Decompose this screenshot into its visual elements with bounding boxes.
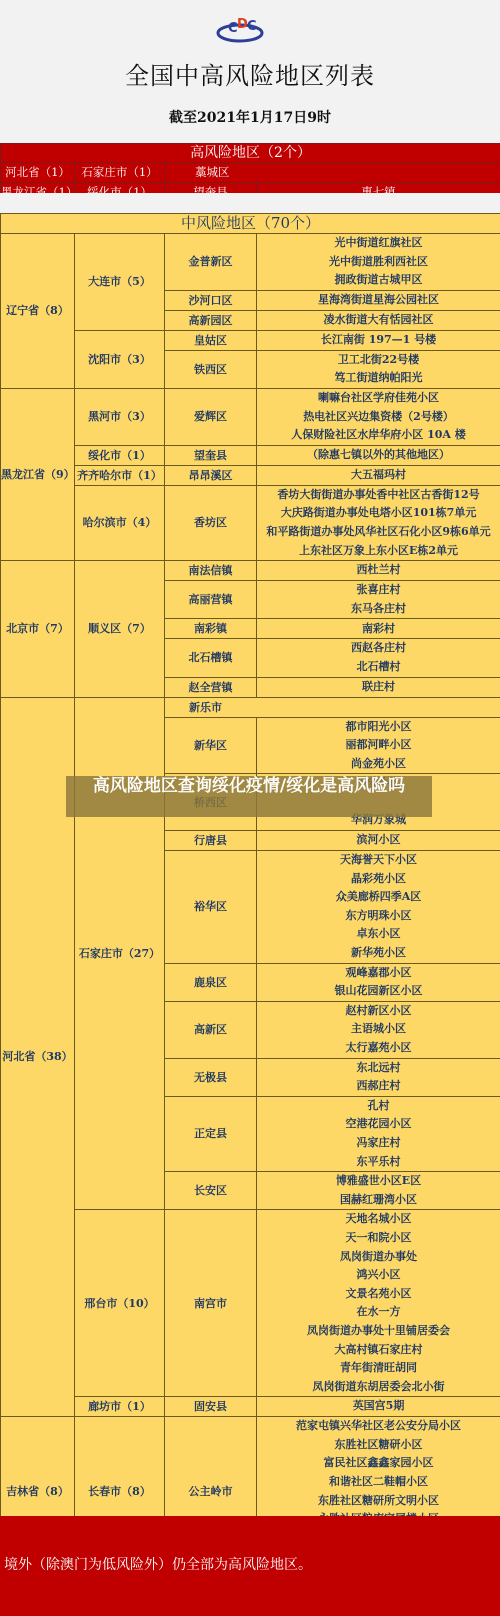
detail-item: 南彩村 [257, 620, 500, 639]
detail-item: 西赵各庄村 [257, 639, 500, 658]
detail-item: 联庄村 [257, 678, 500, 697]
detail-cell: 滨河小区 [257, 831, 500, 851]
city-cell: 石家庄市（27） [75, 697, 165, 1210]
page-title: 全国中高风险地区列表 [0, 56, 500, 91]
detail-item: 长江南街 197—1 号楼 [257, 331, 500, 350]
detail-item: 光中街道红旗社区 [257, 234, 500, 253]
mid-risk-row: 沈阳市（3）皇姑区长江南街 197—1 号楼 [1, 330, 500, 350]
detail-item: 香坊大街街道办事处香中社区古香街12号 [257, 486, 500, 505]
detail-cell: 卫工北街22号楼笃工街道纳帕阳光 [257, 350, 500, 388]
detail-item: 张喜庄村 [257, 581, 500, 600]
district-cell: 长安区 [165, 1172, 257, 1210]
detail-item: 都市阳光小区 [257, 718, 500, 737]
detail-item: 众美廊桥四季A区 [257, 888, 500, 907]
district-cell: 高新区 [165, 1001, 257, 1058]
city-cell: 大连市（5） [75, 234, 165, 331]
detail-item: 国赫红珊湾小区 [257, 1191, 500, 1210]
district-cell: 皇姑区 [165, 330, 257, 350]
city-cell: 齐齐哈尔市（1） [75, 465, 165, 485]
district-cell: 南彩镇 [165, 619, 257, 639]
detail-item: 滨河小区 [257, 831, 500, 850]
detail-item: 卓东小区 [257, 925, 500, 944]
district-cell: 香坊区 [165, 485, 257, 560]
detail-item: 尚金苑小区 [257, 755, 500, 774]
detail-cell: 天地名城小区天一和院小区凤岗街道办事处鸿兴小区文景名苑小区在水一方凤岗街道办事处… [257, 1210, 500, 1397]
mid-risk-row: 廊坊市（1）固安县英国宫5期 [1, 1397, 500, 1417]
detail-item: 范家屯镇兴华社区老公安分局小区 [257, 1417, 500, 1436]
detail-item: 笃工街道纳帕阳光 [257, 369, 500, 388]
detail-item: 西郝庄村 [257, 1077, 500, 1096]
detail-cell: 西杜兰村 [257, 561, 500, 581]
detail-item: 博雅盛世小区E区 [257, 1172, 500, 1191]
detail-item: 孔村 [257, 1097, 500, 1116]
detail-item: 上东社区万象上东小区E栋2单元 [257, 542, 500, 561]
detail-item: 新华苑小区 [257, 944, 500, 963]
detail-cell: 博雅盛世小区E区国赫红珊湾小区 [257, 1172, 500, 1210]
svg-text:C: C [247, 19, 257, 34]
detail-item: 凤岗街道东胡居委会北小街 [257, 1378, 500, 1397]
district-cell: 南宫市 [165, 1210, 257, 1397]
detail-item: 人保财险社区水岸华府小区 10A 楼 [257, 426, 500, 445]
district-cell: 北石槽镇 [165, 639, 257, 677]
city-cell: 邢台市（10） [75, 1210, 165, 1397]
detail-item: 大庆路街道办事处电塔小区101栋7单元 [257, 504, 500, 523]
detail-item: 赵村新区小区 [257, 1002, 500, 1021]
detail-cell: 星海湾街道星海公园社区 [257, 290, 500, 310]
page-header: C D C 全国中高风险地区列表 截至2021年1月17日9时 [0, 0, 500, 143]
detail-item: 东平乐村 [257, 1153, 500, 1172]
city-cell: 绥化市（1） [75, 445, 165, 465]
district-cell: 南法信镇 [165, 561, 257, 581]
detail-item: 青年街清旺胡同 [257, 1359, 500, 1378]
mid-risk-row: 北京市（7）顺义区（7）南法信镇西杜兰村 [1, 561, 500, 581]
detail-cell: 光中街道红旗社区光中街道胜利西社区拥政街道古城甲区 [257, 234, 500, 291]
detail-item: 北石槽村 [257, 658, 500, 677]
detail-item: 热电社区兴边集资楼（2号楼） [257, 408, 500, 427]
detail-cell: 凌水街道大有恬园社区 [257, 310, 500, 330]
detail-item: 鸿兴小区 [257, 1266, 500, 1285]
district-cell: 赵全营镇 [165, 677, 257, 697]
detail-item: 拥政街道古城甲区 [257, 271, 500, 290]
district-cell: 固安县 [165, 1397, 257, 1417]
district-cell: 新乐市 [165, 697, 500, 717]
detail-cell: 天海誉天下小区晶彩苑小区众美廊桥四季A区东方明珠小区卓东小区新华苑小区 [257, 851, 500, 964]
detail-item: 英国宫5期 [257, 1397, 500, 1416]
detail-item: 大五福玛村 [257, 466, 500, 485]
province-cell: 黑龙江省（9） [1, 388, 75, 560]
detail-item: 凤岗街道办事处 [257, 1248, 500, 1267]
footer-note-text: 境外（除澳门为低风险外）仍全部为高风险地区。 [4, 1554, 312, 1574]
detail-cell: 西赵各庄村北石槽村 [257, 639, 500, 677]
mid-risk-row: 哈尔滨市（4）香坊区香坊大街街道办事处香中社区古香街12号大庆路街道办事处电塔小… [1, 485, 500, 560]
cdc-logo-icon: C D C [215, 16, 265, 44]
detail-item: 太行嘉苑小区 [257, 1039, 500, 1058]
detail-item: 文景名苑小区 [257, 1285, 500, 1304]
district-cell: 高新园区 [165, 310, 257, 330]
detail-item: 丽都河畔小区 [257, 736, 500, 755]
detail-item: 主语城小区 [257, 1020, 500, 1039]
district-cell: 鹿泉区 [165, 963, 257, 1001]
mid-risk-row: 齐齐哈尔市（1）昂昂溪区大五福玛村 [1, 465, 500, 485]
district-cell: 行唐县 [165, 831, 257, 851]
detail-cell: 观峰嘉郡小区银山花园新区小区 [257, 963, 500, 1001]
city-cell: 顺义区（7） [75, 561, 165, 697]
detail-item: 富民社区鑫鑫家园小区 [257, 1454, 500, 1473]
detail-item: 星海湾街道星海公园社区 [257, 291, 500, 310]
high-city: 石家庄市（1） [75, 163, 165, 183]
detail-item: 卫工北街22号楼 [257, 351, 500, 370]
detail-item: 大高村镇石家庄村 [257, 1341, 500, 1360]
mid-risk-table: 中风险地区（70个） 辽宁省（8）大连市（5）金普新区光中街道红旗社区光中街道胜… [0, 213, 500, 1567]
detail-cell: 长江南街 197—1 号楼 [257, 330, 500, 350]
province-cell: 北京市（7） [1, 561, 75, 697]
district-cell: 铁西区 [165, 350, 257, 388]
overlay-banner: 高风险地区查询绥化疫情/绥化是高风险吗 [66, 776, 432, 817]
detail-item: 冯家庄村 [257, 1134, 500, 1153]
detail-item: 观峰嘉郡小区 [257, 964, 500, 983]
mid-risk-row: 黑龙江省（9）黑河市（3）爱辉区喇嘛台社区学府佳苑小区热电社区兴边集资楼（2号楼… [1, 388, 500, 445]
district-cell: 金普新区 [165, 234, 257, 291]
detail-item: 东胜社区糖研小区 [257, 1436, 500, 1455]
detail-cell: 南彩村 [257, 619, 500, 639]
high-district: 藁城区 [165, 163, 500, 183]
detail-item: 银山花园新区小区 [257, 982, 500, 1001]
district-cell: 爱辉区 [165, 388, 257, 445]
high-risk-section-title: 高风险地区（2个） [1, 144, 500, 163]
detail-cell: 赵村新区小区主语城小区太行嘉苑小区 [257, 1001, 500, 1058]
detail-item: 天一和院小区 [257, 1229, 500, 1248]
district-cell: 高丽营镇 [165, 581, 257, 619]
district-cell: 无极县 [165, 1058, 257, 1096]
detail-cell: 联庄村 [257, 677, 500, 697]
detail-cell: 香坊大街街道办事处香中社区古香街12号大庆路街道办事处电塔小区101栋7单元和平… [257, 485, 500, 560]
mid-risk-row: 河北省（38）石家庄市（27）新乐市 [1, 697, 500, 717]
city-cell: 黑河市（3） [75, 388, 165, 445]
detail-item: 空港花园小区 [257, 1115, 500, 1134]
district-cell: 望奎县 [165, 445, 257, 465]
detail-item: 天地名城小区 [257, 1210, 500, 1229]
district-cell: 沙河口区 [165, 290, 257, 310]
detail-cell: 喇嘛台社区学府佳苑小区热电社区兴边集资楼（2号楼）人保财险社区水岸华府小区 10… [257, 388, 500, 445]
detail-item: 光中街道胜利西社区 [257, 253, 500, 272]
detail-item: 东胜社区糖研所文明小区 [257, 1492, 500, 1511]
detail-item: 西杜兰村 [257, 561, 500, 580]
detail-item: 天海誉天下小区 [257, 851, 500, 870]
mid-risk-section-title: 中风险地区（70个） [1, 214, 500, 234]
detail-cell: 东北远村西郝庄村 [257, 1058, 500, 1096]
detail-item: 在水一方 [257, 1303, 500, 1322]
district-cell: 昂昂溪区 [165, 465, 257, 485]
detail-item: （除惠七镇以外的其他地区） [257, 446, 500, 465]
district-cell: 正定县 [165, 1096, 257, 1171]
detail-cell: （除惠七镇以外的其他地区） [257, 445, 500, 465]
detail-cell: 张喜庄村东马各庄村 [257, 581, 500, 619]
detail-item: 东方明珠小区 [257, 907, 500, 926]
detail-cell: 都市阳光小区丽都河畔小区尚金苑小区 [257, 717, 500, 774]
detail-item: 晶彩苑小区 [257, 870, 500, 889]
detail-item: 东北远村 [257, 1059, 500, 1078]
province-cell: 辽宁省（8） [1, 234, 75, 389]
mid-risk-row: 辽宁省（8）大连市（5）金普新区光中街道红旗社区光中街道胜利西社区拥政街道古城甲… [1, 234, 500, 291]
section-gap [0, 193, 500, 213]
detail-item: 凤岗街道办事处十里铺居委会 [257, 1322, 500, 1341]
city-cell: 廊坊市（1） [75, 1397, 165, 1417]
mid-risk-row: 邢台市（10）南宫市天地名城小区天一和院小区凤岗街道办事处鸿兴小区文景名苑小区在… [1, 1210, 500, 1397]
detail-item: 东马各庄村 [257, 600, 500, 619]
detail-item: 凌水街道大有恬园社区 [257, 311, 500, 330]
detail-item: 和谐社区二鞋帽小区 [257, 1473, 500, 1492]
detail-item: 和平路街道办事处风华社区石化小区9栋6单元 [257, 523, 500, 542]
detail-cell: 英国宫5期 [257, 1397, 500, 1417]
detail-item: 喇嘛台社区学府佳苑小区 [257, 389, 500, 408]
city-cell: 沈阳市（3） [75, 330, 165, 388]
footer-note: 境外（除澳门为低风险外）仍全部为高风险地区。 [0, 1516, 500, 1616]
as-of-date: 截至2021年1月17日9时 [0, 107, 500, 127]
city-cell: 哈尔滨市（4） [75, 485, 165, 560]
province-cell: 河北省（38） [1, 697, 75, 1417]
district-cell: 裕华区 [165, 851, 257, 964]
detail-cell: 孔村空港花园小区冯家庄村东平乐村 [257, 1096, 500, 1171]
high-province: 河北省（1） [1, 163, 75, 183]
district-cell: 新华区 [165, 717, 257, 774]
mid-risk-row: 绥化市（1）望奎县（除惠七镇以外的其他地区） [1, 445, 500, 465]
detail-cell: 大五福玛村 [257, 465, 500, 485]
